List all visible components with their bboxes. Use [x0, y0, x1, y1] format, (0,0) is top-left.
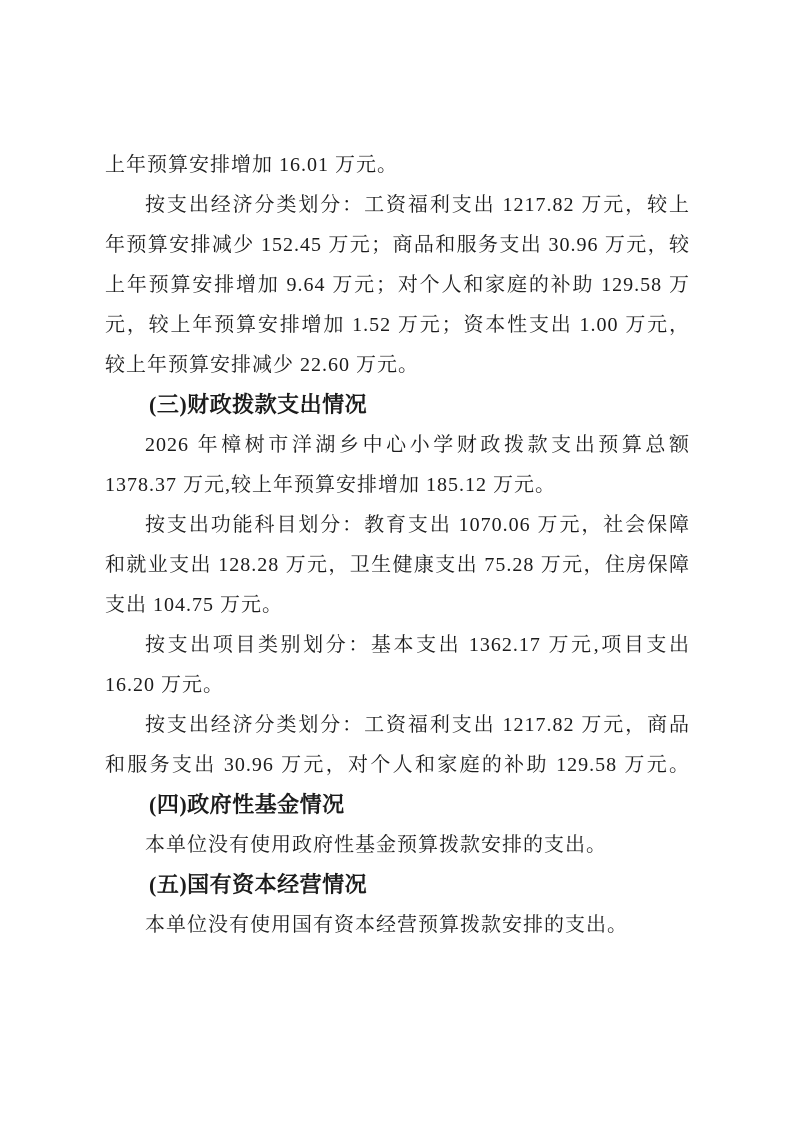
paragraph-line: 和服务支出 30.96 万元，对个人和家庭的补助 129.58 万元。 [105, 745, 690, 785]
document-body: 上年预算安排增加 16.01 万元。 按支出经济分类划分：工资福利支出 1217… [105, 145, 690, 945]
paragraph-line: 按支出功能科目划分：教育支出 1070.06 万元，社会保障 [105, 505, 690, 545]
section-heading: (五)国有资本经营情况 [105, 865, 690, 905]
document-page: 上年预算安排增加 16.01 万元。 按支出经济分类划分：工资福利支出 1217… [0, 0, 793, 1122]
paragraph-line: 按支出经济分类划分：工资福利支出 1217.82 万元，较上 [105, 185, 690, 225]
paragraph-line: 本单位没有使用国有资本经营预算拨款安排的支出。 [105, 905, 690, 945]
paragraph-line: 年预算安排减少 152.45 万元；商品和服务支出 30.96 万元，较 [105, 225, 690, 265]
paragraph-line: 16.20 万元。 [105, 665, 690, 705]
paragraph-line: 本单位没有使用政府性基金预算拨款安排的支出。 [105, 825, 690, 865]
section-heading: (四)政府性基金情况 [105, 785, 690, 825]
paragraph-line: 1378.37 万元,较上年预算安排增加 185.12 万元。 [105, 465, 690, 505]
paragraph-line: 2026 年樟树市洋湖乡中心小学财政拨款支出预算总额 [105, 425, 690, 465]
paragraph-line: 支出 104.75 万元。 [105, 585, 690, 625]
paragraph-line: 上年预算安排增加 9.64 万元；对个人和家庭的补助 129.58 万 [105, 265, 690, 305]
paragraph-line: 和就业支出 128.28 万元，卫生健康支出 75.28 万元，住房保障 [105, 545, 690, 585]
paragraph-line: 按支出项目类别划分：基本支出 1362.17 万元,项目支出 [105, 625, 690, 665]
paragraph-line: 元，较上年预算安排增加 1.52 万元；资本性支出 1.00 万元， [105, 305, 690, 345]
paragraph-line: 上年预算安排增加 16.01 万元。 [105, 145, 690, 185]
paragraph-line: 较上年预算安排减少 22.60 万元。 [105, 345, 690, 385]
section-heading: (三)财政拨款支出情况 [105, 385, 690, 425]
paragraph-line: 按支出经济分类划分：工资福利支出 1217.82 万元，商品 [105, 705, 690, 745]
